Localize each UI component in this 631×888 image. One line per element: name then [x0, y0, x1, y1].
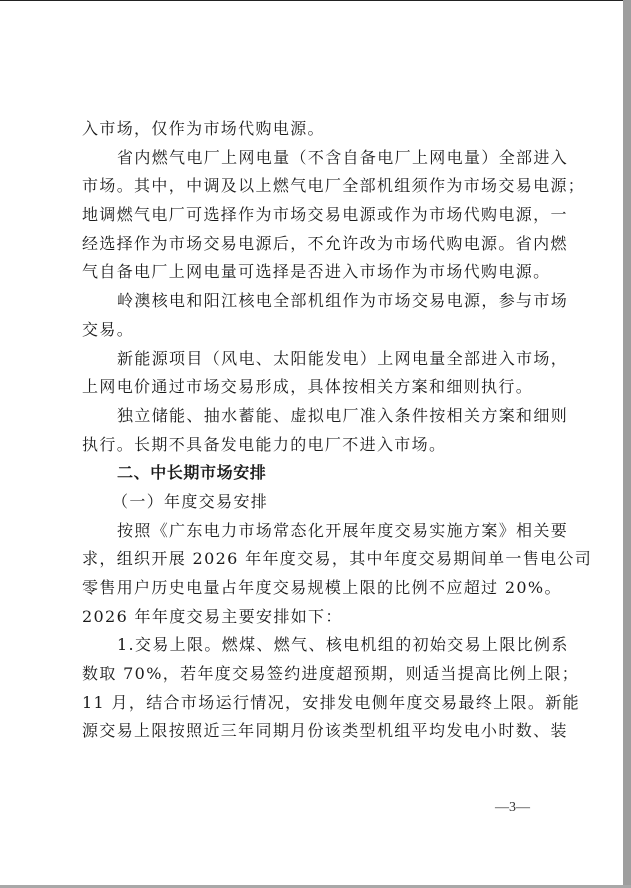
text-line: 按照《广东电力市场常态化开展年度交易实施方案》相关要	[82, 517, 542, 546]
text-line: 上网电价通过市场交易形成，具体按相关方案和细则执行。	[82, 373, 542, 402]
text-line: 经选择作为市场交易电源后，不允许改为市场代购电源。省内燃	[82, 230, 542, 259]
text-line: 地调燃气电厂可选择作为市场交易电源或作为市场代购电源，一	[82, 201, 542, 230]
text-line: 岭澳核电和阳江核电全部机组作为市场交易电源，参与市场	[82, 287, 542, 316]
text-line: 新能源项目（风电、太阳能发电）上网电量全部进入市场，	[82, 345, 542, 374]
text-line: 零售用户历史电量占年度交易规模上限的比例不应超过 20%。	[82, 574, 542, 603]
text-line: 求，组织开展 2026 年年度交易，其中年度交易期间单一售电公司	[82, 545, 542, 574]
text-line: 11 月，结合市场运行情况，安排发电侧年度交易最终上限。新能	[82, 689, 542, 718]
text-line: 数取 70%，若年度交易签约进度超预期，则适当提高比例上限；	[82, 660, 542, 689]
text-line: 省内燃气电厂上网电量（不含自备电厂上网电量）全部进入	[82, 144, 542, 173]
text-line: 1.交易上限。燃煤、燃气、核电机组的初始交易上限比例系	[82, 631, 542, 660]
text-line: 执行。长期不具备发电能力的电厂不进入市场。	[82, 431, 542, 460]
text-line: 交易。	[82, 316, 542, 345]
text-line: 独立储能、抽水蓄能、虚拟电厂准入条件按相关方案和细则	[82, 402, 542, 431]
top-border	[0, 0, 623, 1]
page-number: —3—	[495, 800, 530, 816]
subsection-heading: （一）年度交易安排	[82, 488, 542, 517]
text-line: 入市场，仅作为市场代购电源。	[82, 115, 542, 144]
page-shadow-right	[623, 0, 631, 888]
text-line: 源交易上限按照近三年同期月份该类型机组平均发电小时数、装	[82, 717, 542, 746]
text-line: 市场。其中，中调及以上燃气电厂全部机组须作为市场交易电源；	[82, 172, 542, 201]
text-line: 2026 年年度交易主要安排如下：	[82, 603, 542, 632]
section-heading: 二、中长期市场安排	[82, 459, 542, 488]
document-body: 入市场，仅作为市场代购电源。 省内燃气电厂上网电量（不含自备电厂上网电量）全部进…	[82, 115, 542, 746]
text-line: 气自备电厂上网电量可选择是否进入市场作为市场代购电源。	[82, 258, 542, 287]
